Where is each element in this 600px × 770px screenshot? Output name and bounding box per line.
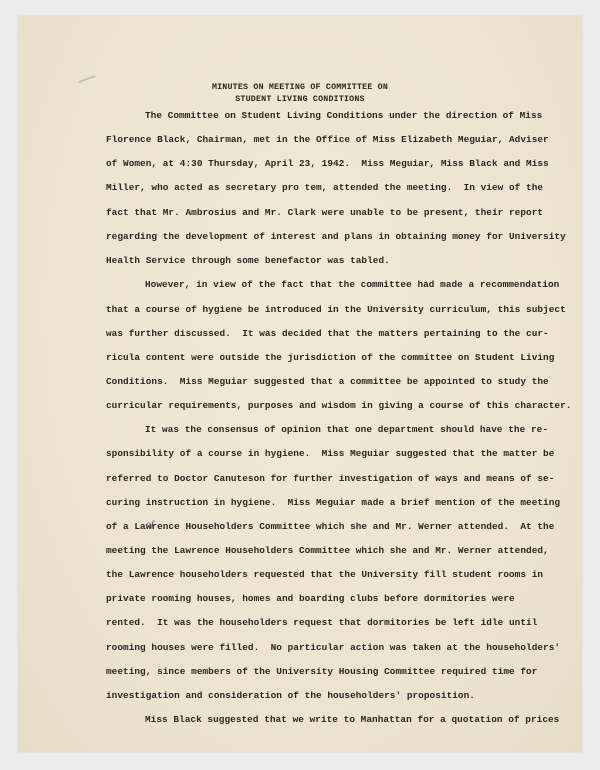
document-line: curricular requirements, purposes and wi… [106, 400, 571, 412]
document-line: rooming houses were filled. No particula… [106, 642, 560, 654]
document-line: regarding the development of interest an… [106, 231, 566, 243]
document-line: Miss Black suggested that we write to Ma… [145, 714, 559, 726]
document-line: was further discussed. It was decided th… [106, 328, 549, 340]
document-line: private rooming houses, homes and boardi… [106, 593, 515, 605]
document-line: Conditions. Miss Meguiar suggested that … [106, 376, 549, 388]
document-title-line-2: STUDENT LIVING CONDITIONS [18, 94, 582, 106]
document-title-line-1: MINUTES ON MEETING OF COMMITTEE ON [18, 82, 582, 94]
document-line: curing instruction in hygiene. Miss Megu… [106, 497, 560, 509]
document-line: However, in view of the fact that the co… [145, 279, 559, 291]
document-line: the Lawrence householders requested that… [106, 569, 543, 581]
document-line: meeting, since members of the University… [106, 666, 537, 678]
document-line: fact that Mr. Ambrosius and Mr. Clark we… [106, 207, 543, 219]
handwritten-insert: of [146, 520, 154, 529]
document-line: that a course of hygiene be introduced i… [106, 304, 566, 316]
document-line: rented. It was the householders request … [106, 617, 537, 629]
document-line: ricula content were outside the jurisdic… [106, 352, 554, 364]
document-line: sponsibility of a course in hygiene. Mis… [106, 448, 554, 460]
document-line: meeting the Lawrence Householders Commit… [106, 545, 549, 557]
document-line: referred to Doctor Canuteson for further… [106, 473, 554, 485]
document-line: It was the consensus of opinion that one… [145, 424, 548, 436]
document-line: of Women, at 4:30 Thursday, April 23, 19… [106, 158, 549, 170]
document-line: of a Lawrence Householders Committee whi… [106, 521, 554, 533]
document-page: MINUTES ON MEETING OF COMMITTEE ON STUDE… [18, 16, 582, 752]
document-line: investigation and consideration of the h… [106, 690, 475, 702]
document-line: Florence Black, Chairman, met in the Off… [106, 134, 549, 146]
document-line: Miller, who acted as secretary pro tem, … [106, 182, 543, 194]
document-line: The Committee on Student Living Conditio… [145, 110, 542, 122]
document-line: Health Service through some benefactor w… [106, 255, 390, 267]
